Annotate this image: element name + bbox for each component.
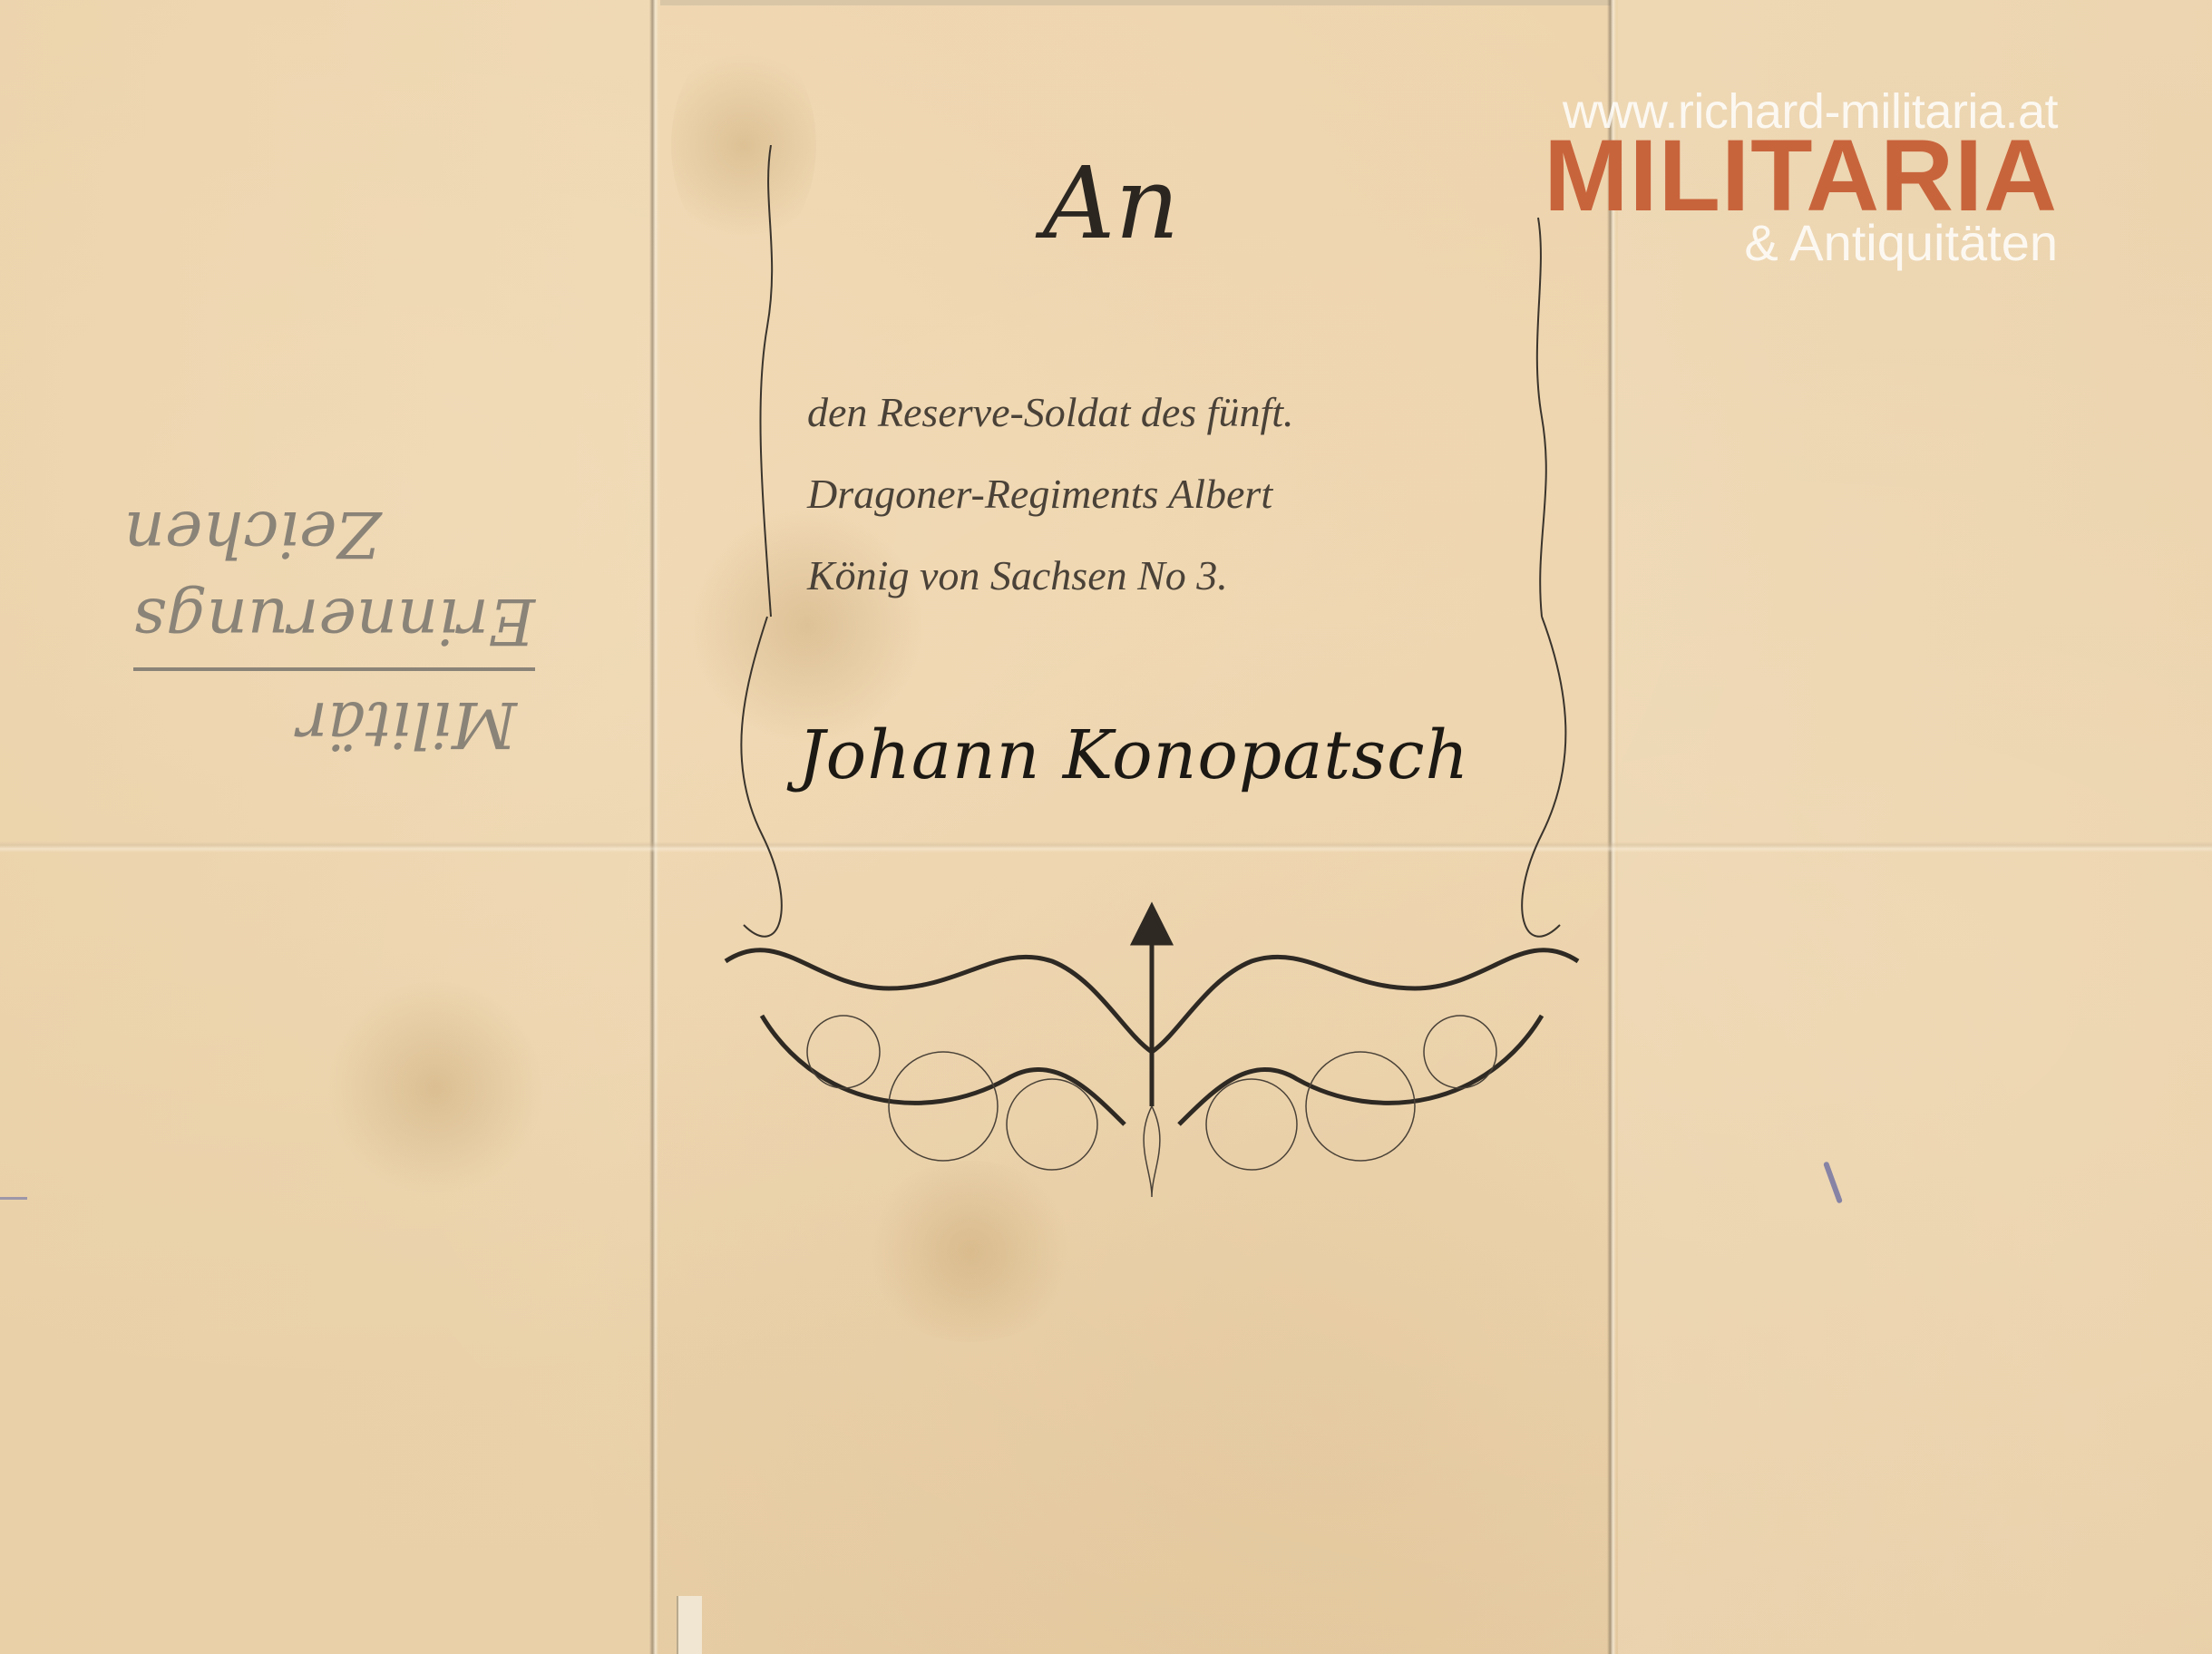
recipient-address: den Reserve-Soldat des fünft. Dragoner-R… <box>807 372 1551 617</box>
address-line: Dragoner-Regiments Albert <box>807 453 1551 535</box>
pencil-line: Erinnerungs <box>133 584 535 671</box>
vertical-fold-crease-left <box>649 0 658 1654</box>
water-stain <box>326 979 544 1197</box>
salutation: An <box>1043 145 1179 261</box>
watermark: www.richard-militaria.at MILITARIA & Ant… <box>1544 87 2058 268</box>
paper-tear <box>677 1596 702 1654</box>
recipient-name: Johann Konopatsch <box>798 716 1469 794</box>
watermark-brand: MILITARIA <box>1544 131 2058 221</box>
address-line: König von Sachsen No 3. <box>807 535 1551 617</box>
ornamental-frame-icon <box>707 145 1596 1215</box>
pencil-line: Militär <box>297 687 517 762</box>
pencil-notation: Militär Erinnerungs Zeichen <box>63 490 553 762</box>
ink-mark <box>0 1197 27 1200</box>
pencil-line: Zeichen <box>124 497 381 571</box>
address-line: den Reserve-Soldat des fünft. <box>807 372 1551 453</box>
left-fold-panel <box>0 0 653 1654</box>
